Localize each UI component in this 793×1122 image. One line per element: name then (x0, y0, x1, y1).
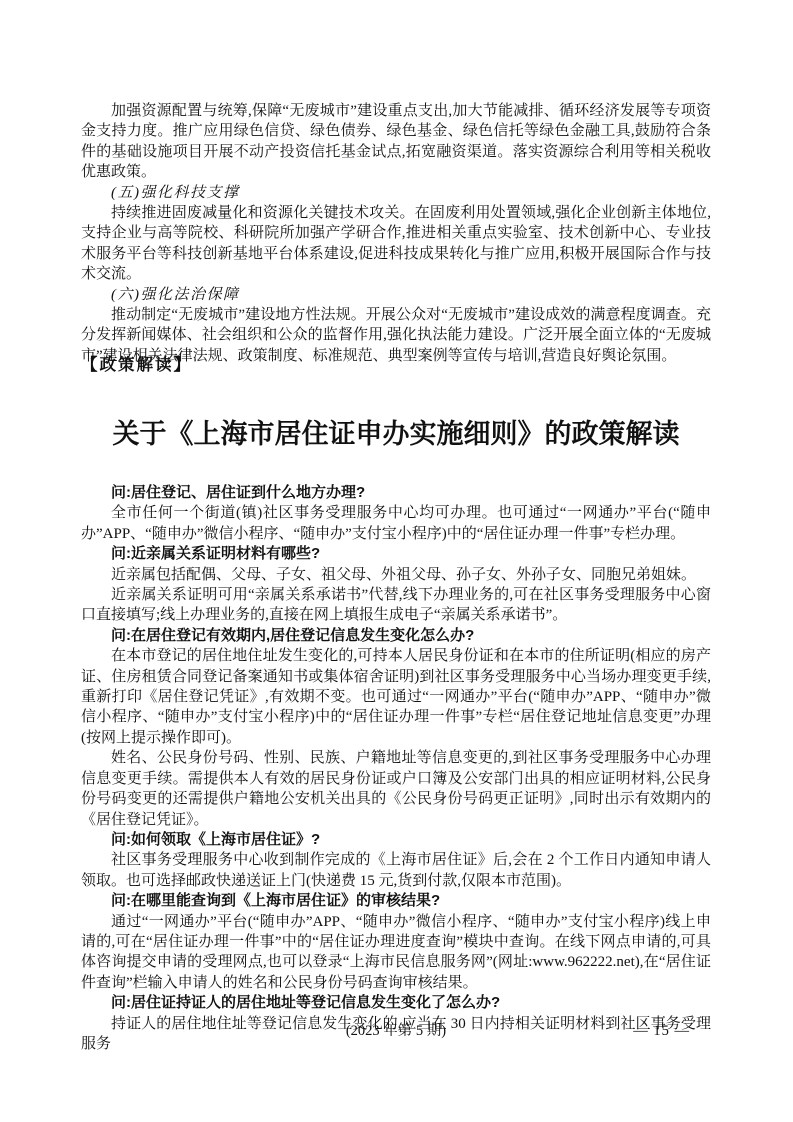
subsection-heading-6: (六)强化法治保障 (81, 285, 711, 305)
question: 问:近亲属关系证明材料有哪些? (81, 544, 711, 564)
answer-paragraph: 全市任何一个街道(镇)社区事务受理服务中心均可办理。也可通过“一网通办”平台(“… (81, 503, 711, 544)
issue-label: (2023 年第 5 期) (81, 1021, 711, 1041)
paragraph: 持续推进固废减量化和资源化关键技术攻关。在固废利用处置领域,强化企业创新主体地位… (81, 203, 711, 285)
answer-paragraph: 社区事务受理服务中心收到制作完成的《上海市居住证》后,会在 2 个工作日内通知申… (81, 850, 711, 891)
answer-paragraph: 近亲属包括配偶、父母、子女、祖父母、外祖父母、孙子女、外孙子女、同胞兄弟姐妹。 (81, 565, 711, 585)
answer-paragraph: 近亲属关系证明可用“亲属关系承诺书”代替,线下办理业务的,可在社区事务受理服务中… (81, 585, 711, 626)
page-number: — 15 — (633, 1021, 690, 1041)
question: 问:如何领取《上海市居住证》? (81, 830, 711, 850)
page-footer: (2023 年第 5 期) — 15 — (81, 1021, 711, 1041)
question: 问:居住登记、居住证到什么地方办理? (81, 483, 711, 503)
qa-section: 问:居住登记、居住证到什么地方办理? 全市任何一个街道(镇)社区事务受理服务中心… (81, 483, 711, 1054)
paragraph: 加强资源配置与统筹,保障“无废城市”建设重点支出,加大节能减排、循环经济发展等专… (81, 101, 711, 183)
article-title: 关于《上海市居住证申办实施细则》的政策解读 (81, 416, 711, 452)
question: 问:居住证持证人的居住地址等登记信息发生变化了怎么办? (81, 993, 711, 1013)
document-page: 加强资源配置与统筹,保障“无废城市”建设重点支出,加大节能减排、循环经济发展等专… (0, 0, 793, 1122)
section-marker: 【政策解读】 (81, 351, 192, 375)
subsection-heading-5: (五)强化科技支撑 (81, 183, 711, 203)
question: 问:在哪里能查询到《上海市居住证》的审核结果? (81, 891, 711, 911)
answer-paragraph: 姓名、公民身份号码、性别、民族、户籍地址等信息变更的,到社区事务受理服务中心办理… (81, 748, 711, 830)
question: 问:在居住登记有效期内,居住登记信息发生变化怎么办? (81, 626, 711, 646)
answer-paragraph: 通过“一网通办”平台(“随申办”APP、“随申办”微信小程序、“随申办”支付宝小… (81, 912, 711, 994)
answer-paragraph: 在本市登记的居住地住址发生变化的,可持本人居民身份证和在本市的住所证明(相应的房… (81, 646, 711, 748)
article-continuation: 加强资源配置与统筹,保障“无废城市”建设重点支出,加大节能减排、循环经济发展等专… (81, 101, 711, 366)
